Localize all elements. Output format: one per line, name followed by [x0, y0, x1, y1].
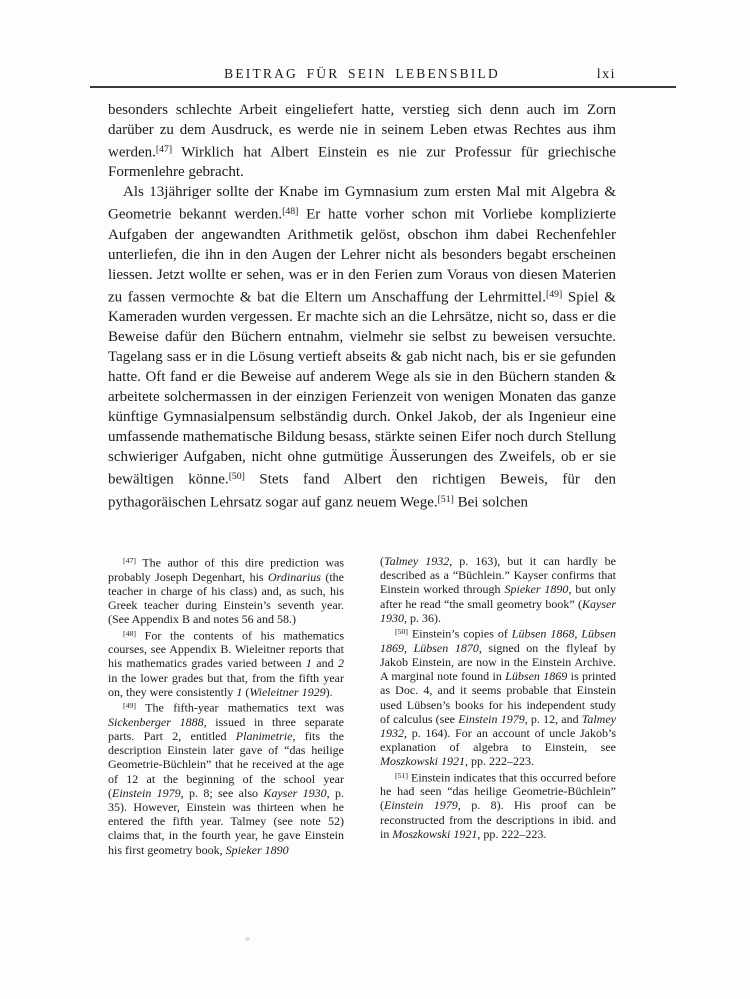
paragraph: besonders schlechte Arbeit eingeliefert … — [108, 100, 616, 182]
footnote-marker: [48] — [123, 629, 136, 638]
text-run: Bei solchen — [454, 494, 528, 510]
italic-text: Moszkowski 1921 — [380, 754, 465, 768]
italic-text: Lübsen 1869 — [505, 669, 567, 683]
italic-text: Einstein 1979 — [384, 798, 458, 812]
footnote-column-left: [47] The author of this dire prediction … — [108, 554, 344, 857]
body-text: besonders schlechte Arbeit eingeliefert … — [108, 100, 616, 512]
italic-text: Lübsen 1868 — [512, 627, 575, 641]
running-head: BEITRAG FÜR SEIN LEBENSBILD lxi — [108, 66, 616, 84]
footnote-marker: [47] — [123, 556, 136, 565]
text-run: The fifth-year mathematics text was — [136, 701, 344, 715]
footnote-marker: [51] — [438, 494, 454, 505]
text-run: Spiel & Kameraden wurden vergessen. Er m… — [108, 289, 616, 487]
italic-text: Ordinarius — [268, 570, 321, 584]
text-run: , pp. 222–223. — [465, 754, 534, 768]
text-run: ). — [326, 685, 333, 699]
scan-artifact — [245, 937, 250, 941]
footnote-marker: [48] — [282, 206, 298, 217]
footnote: [50] Einstein’s copies of Lübsen 1868, L… — [380, 625, 616, 769]
italic-text: Kayser 1930 — [263, 786, 326, 800]
text-run: , pp. 222–223. — [477, 827, 546, 841]
italic-text: Einstein 1979 — [458, 712, 525, 726]
paragraph: Als 13jähriger sollte der Knabe im Gymna… — [108, 182, 616, 512]
text-run: and — [312, 656, 338, 670]
italic-text: Talmey 1932 — [384, 554, 449, 568]
text-run: , p. 12, and — [525, 712, 582, 726]
text-run: , — [404, 641, 414, 655]
footnote-marker: [47] — [156, 144, 172, 155]
footnote: [49] The fifth-year mathematics text was… — [108, 699, 344, 857]
book-page: BEITRAG FÜR SEIN LEBENSBILD lxi besonder… — [0, 0, 750, 999]
footnote-marker: [50] — [229, 471, 245, 482]
text-run: Einstein’s copies of — [408, 627, 512, 641]
text-run: , p. 36). — [404, 611, 441, 625]
text-run: , p. 164). For an account of uncle Jakob… — [380, 726, 616, 754]
footnote-column-right: (Talmey 1932, p. 163), but it can hardly… — [380, 554, 616, 857]
italic-text: Einstein 1979 — [112, 786, 181, 800]
italic-text: Wieleitner 1929 — [249, 685, 325, 699]
page-title: BEITRAG FÜR SEIN LEBENSBILD — [108, 66, 616, 82]
footnote: [48] For the contents of his mathematics… — [108, 627, 344, 700]
footnote: (Talmey 1932, p. 163), but it can hardly… — [380, 554, 616, 625]
footnote-marker: [50] — [395, 627, 408, 636]
footnote: [47] The author of this dire prediction … — [108, 554, 344, 627]
italic-text: Planimetrie — [236, 729, 293, 743]
footnote-marker: [49] — [123, 701, 136, 710]
italic-text: 2 — [338, 656, 344, 670]
italic-text: Spieker 1890 — [505, 582, 569, 596]
footnote: [51] Einstein indicates that this occurr… — [380, 769, 616, 842]
footnote-marker: [51] — [395, 771, 408, 780]
text-run: , p. 8; see also — [181, 786, 264, 800]
italic-text: Moszkowski 1921 — [392, 827, 477, 841]
text-run: Wirklich hat Albert Einstein es nie zur … — [108, 144, 616, 180]
header-rule — [90, 86, 676, 88]
footnotes-section: [47] The author of this dire prediction … — [108, 554, 616, 857]
italic-text: Spieker 1890 — [226, 843, 289, 857]
italic-text: Lübsen 1870 — [414, 641, 479, 655]
footnote-marker: [49] — [546, 289, 562, 300]
italic-text: Sickenberger 1888 — [108, 715, 204, 729]
page-number: lxi — [597, 67, 616, 83]
